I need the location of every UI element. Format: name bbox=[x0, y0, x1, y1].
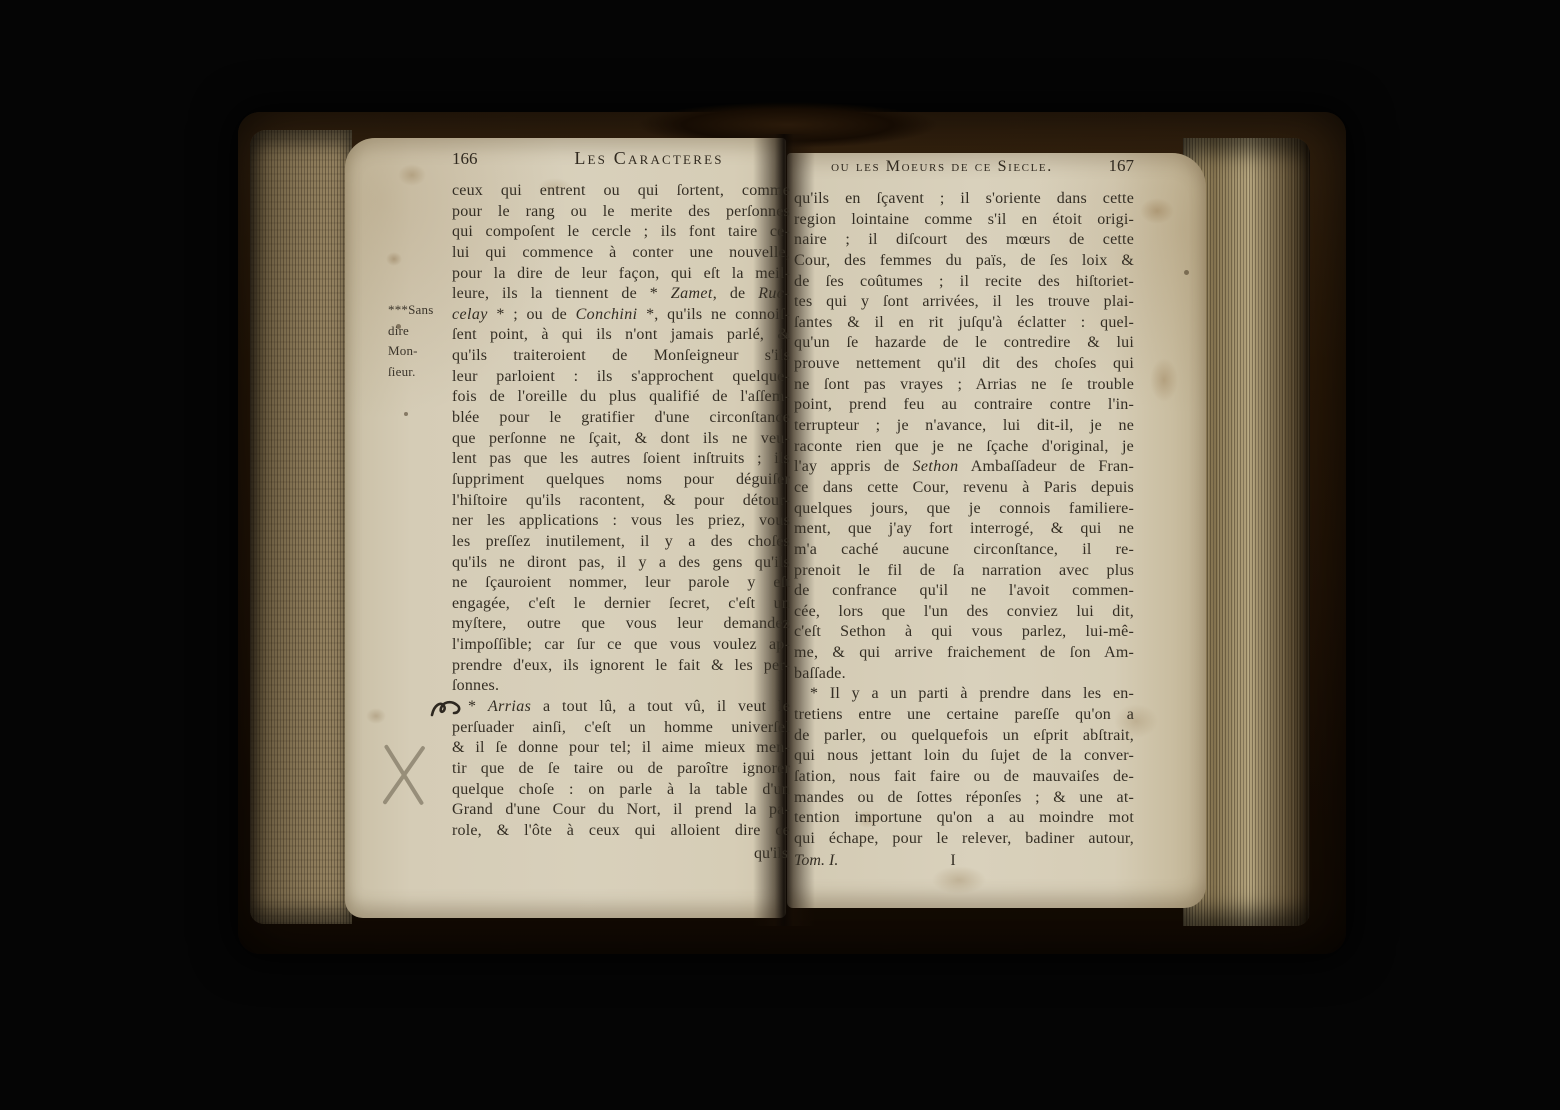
text-line: que perſonne ne ſçait, & dont ils ne veu… bbox=[452, 429, 790, 450]
text-line: tretiens entre une certaine pareſſe qu'o… bbox=[794, 705, 1134, 726]
text-line: * Arrias a tout lû, a tout vû, il veut l… bbox=[452, 697, 790, 718]
text-line: ne ſçauroient nommer, leur parole y eſt bbox=[452, 573, 790, 594]
running-title-right: ou les Moeurs de ce Siecle. bbox=[794, 158, 1090, 176]
ink-speck bbox=[1184, 270, 1189, 275]
ink-doodle bbox=[429, 695, 469, 725]
text-line: mandes ou de ſottes réponſes ; & une at- bbox=[794, 788, 1134, 809]
text-line: prouve nettement qu'il dit des choſes qu… bbox=[794, 354, 1134, 375]
text-line: fois de l'oreille du plus qualifié de l'… bbox=[452, 387, 790, 408]
text-line: c'eſt Sethon à qui vous parlez, lui-mê- bbox=[794, 622, 1134, 643]
signature-mark: I bbox=[950, 852, 955, 870]
text-line: cée, lors que l'un des conviez lui dit, bbox=[794, 602, 1134, 623]
text-line: qui nous jettant loin du ſujet de la con… bbox=[794, 746, 1134, 767]
text-line: les preſſez inutilement, il y a des choſ… bbox=[452, 532, 790, 553]
text-line: blée pour le gratifier d'une circonſtanc… bbox=[452, 408, 790, 429]
text-line: ment, que j'ay fort interrogé, & qui ne bbox=[794, 519, 1134, 540]
text-line: raconte rien que je ne ſçache d'original… bbox=[794, 437, 1134, 458]
text-line: lui qui commence à conter une nouvelle, bbox=[452, 243, 790, 264]
text-line: l'impoſſible; car ſur ce que vous voulez… bbox=[452, 635, 790, 656]
running-title-left: Les Caracteres bbox=[508, 148, 790, 169]
text-line: ſation, nous fait faire ou de mauvaiſes … bbox=[794, 767, 1134, 788]
text-line: myſtere, outre que vous leur demandez bbox=[452, 614, 790, 635]
text-line: ceux qui entrent ou qui ſortent, comme bbox=[452, 181, 790, 202]
text-line: baſſade. bbox=[794, 664, 1134, 685]
text-line: leure, ils la tiennent de * Zamet, de Ru… bbox=[452, 284, 790, 305]
text-line: prenoit le fil de ſa narration avec plus bbox=[794, 561, 1134, 582]
text-line: ſonnes. bbox=[452, 676, 790, 697]
text-line: ***Sans bbox=[388, 300, 452, 321]
text-line: me, & qui arrive fraichement de ſon Am- bbox=[794, 643, 1134, 664]
volume-label: Tom. I. bbox=[794, 852, 838, 870]
text-line: ner les applications : vous les priez, v… bbox=[452, 511, 790, 532]
text-line: point, prend feu au contraire contre l'i… bbox=[794, 395, 1134, 416]
text-line: region lointaine comme s'il en étoit ori… bbox=[794, 210, 1134, 231]
text-line: qu'ils traiteroient de Monſeigneur s'ils bbox=[452, 346, 790, 367]
page-edges-left bbox=[250, 130, 352, 924]
right-running-head: ou les Moeurs de ce Siecle. 167 bbox=[794, 156, 1134, 182]
left-margin-note: ***SansdireMon-ſieur. bbox=[388, 300, 452, 383]
text-line: perſuader ainſi, c'eſt un homme univerſe… bbox=[452, 718, 790, 739]
text-line: role, & l'ôte à ceux qui alloient dire c… bbox=[452, 821, 790, 842]
text-line: celay * ; ou de Conchini *, qu'ils ne co… bbox=[452, 305, 790, 326]
left-running-head: 166 Les Caracteres bbox=[452, 148, 790, 174]
page-number-right: 167 bbox=[1090, 156, 1134, 176]
text-line: tir que de ſe taire ou de paroître ignor… bbox=[452, 759, 790, 780]
text-line: quelque choſe : on parle à la table d'un bbox=[452, 780, 790, 801]
text-line: * Il y a un parti à prendre dans les en- bbox=[794, 684, 1134, 705]
right-text-block: qu'ils en ſçavent ; il s'oriente dans ce… bbox=[794, 189, 1134, 850]
text-line: tention importune qu'on a au moindre mot bbox=[794, 808, 1134, 829]
text-line: qu'ils ne diront pas, il y a des gens qu… bbox=[452, 553, 790, 574]
text-line: tes qui y ſont arrivées, il les trouve p… bbox=[794, 292, 1134, 313]
text-line: de confrance qu'il ne l'avoit commen- bbox=[794, 581, 1134, 602]
text-line: pour la dire de leur façon, qui eſt la m… bbox=[452, 264, 790, 285]
open-book: 166 Les Caracteres ceux qui entrent ou q… bbox=[238, 112, 1346, 954]
page-number-left: 166 bbox=[452, 149, 508, 169]
catchword: qu'ils bbox=[452, 844, 790, 864]
text-line: leur parloient : ils s'approchent quelqu… bbox=[452, 367, 790, 388]
left-text-column: 166 Les Caracteres ceux qui entrent ou q… bbox=[452, 148, 790, 864]
text-line: ſantes & il en rit juſqu'à éclatter : qu… bbox=[794, 313, 1134, 334]
text-line: Grand d'une Cour du Nort, il prend la pa… bbox=[452, 800, 790, 821]
pencil-x-mark bbox=[376, 738, 432, 810]
text-line: qui échape, pour le relever, badiner aut… bbox=[794, 829, 1134, 850]
text-line: ſuppriment quelques noms pour déguiſer bbox=[452, 470, 790, 491]
text-line: l'ay appris de Sethon Ambaſſadeur de Fra… bbox=[794, 457, 1134, 478]
text-line: ce dans cette Cour, revenu à Paris depui… bbox=[794, 478, 1134, 499]
text-line: lent pas que les autres ſoient inſtruits… bbox=[452, 449, 790, 470]
text-line: qu'un ſe hazarde de le contredire & lui bbox=[794, 333, 1134, 354]
text-line: qu'ils en ſçavent ; il s'oriente dans ce… bbox=[794, 189, 1134, 210]
text-line: quelques jours, que je connois familiere… bbox=[794, 499, 1134, 520]
text-line: Cour, des femmes du païs, de ſes loix & bbox=[794, 251, 1134, 272]
text-line: de parler, ou quelquefois un eſprit abſt… bbox=[794, 726, 1134, 747]
text-line: de ſes coûtumes ; il recite des hiſtorie… bbox=[794, 272, 1134, 293]
ink-speck bbox=[404, 412, 408, 416]
text-line: m'a caché aucune circonſtance, il re- bbox=[794, 540, 1134, 561]
book-photograph: 166 Les Caracteres ceux qui entrent ou q… bbox=[0, 0, 1560, 1110]
text-line: ſieur. bbox=[388, 362, 452, 383]
left-text-block: ceux qui entrent ou qui ſortent, commepo… bbox=[452, 181, 790, 842]
text-line: engagée, c'eſt le dernier ſecret, c'eſt … bbox=[452, 594, 790, 615]
right-text-column: ou les Moeurs de ce Siecle. 167 qu'ils e… bbox=[794, 156, 1134, 874]
text-line: Mon- bbox=[388, 341, 452, 362]
text-line: prendre d'eux, ils ignorent le fait & le… bbox=[452, 656, 790, 677]
text-line: dire bbox=[388, 321, 452, 342]
text-line: terrupteur ; je n'avance, lui dit-il, je… bbox=[794, 416, 1134, 437]
text-line: qui compoſent le cercle ; ils font taire… bbox=[452, 222, 790, 243]
text-line: & il ſe donne pour tel; il aime mieux me… bbox=[452, 738, 790, 759]
text-line: ſent point, à qui ils n'ont jamais parlé… bbox=[452, 325, 790, 346]
right-page-footer: Tom. I. I bbox=[794, 852, 1134, 874]
text-line: pour le rang ou le merite des perſonnes bbox=[452, 202, 790, 223]
text-line: l'hiſtoire qu'ils racontent, & pour déto… bbox=[452, 491, 790, 512]
text-line: naire ; il diſcourt des mœurs de cette bbox=[794, 230, 1134, 251]
text-line: ne ſont pas vrayes ; Arrias ne ſe troubl… bbox=[794, 375, 1134, 396]
